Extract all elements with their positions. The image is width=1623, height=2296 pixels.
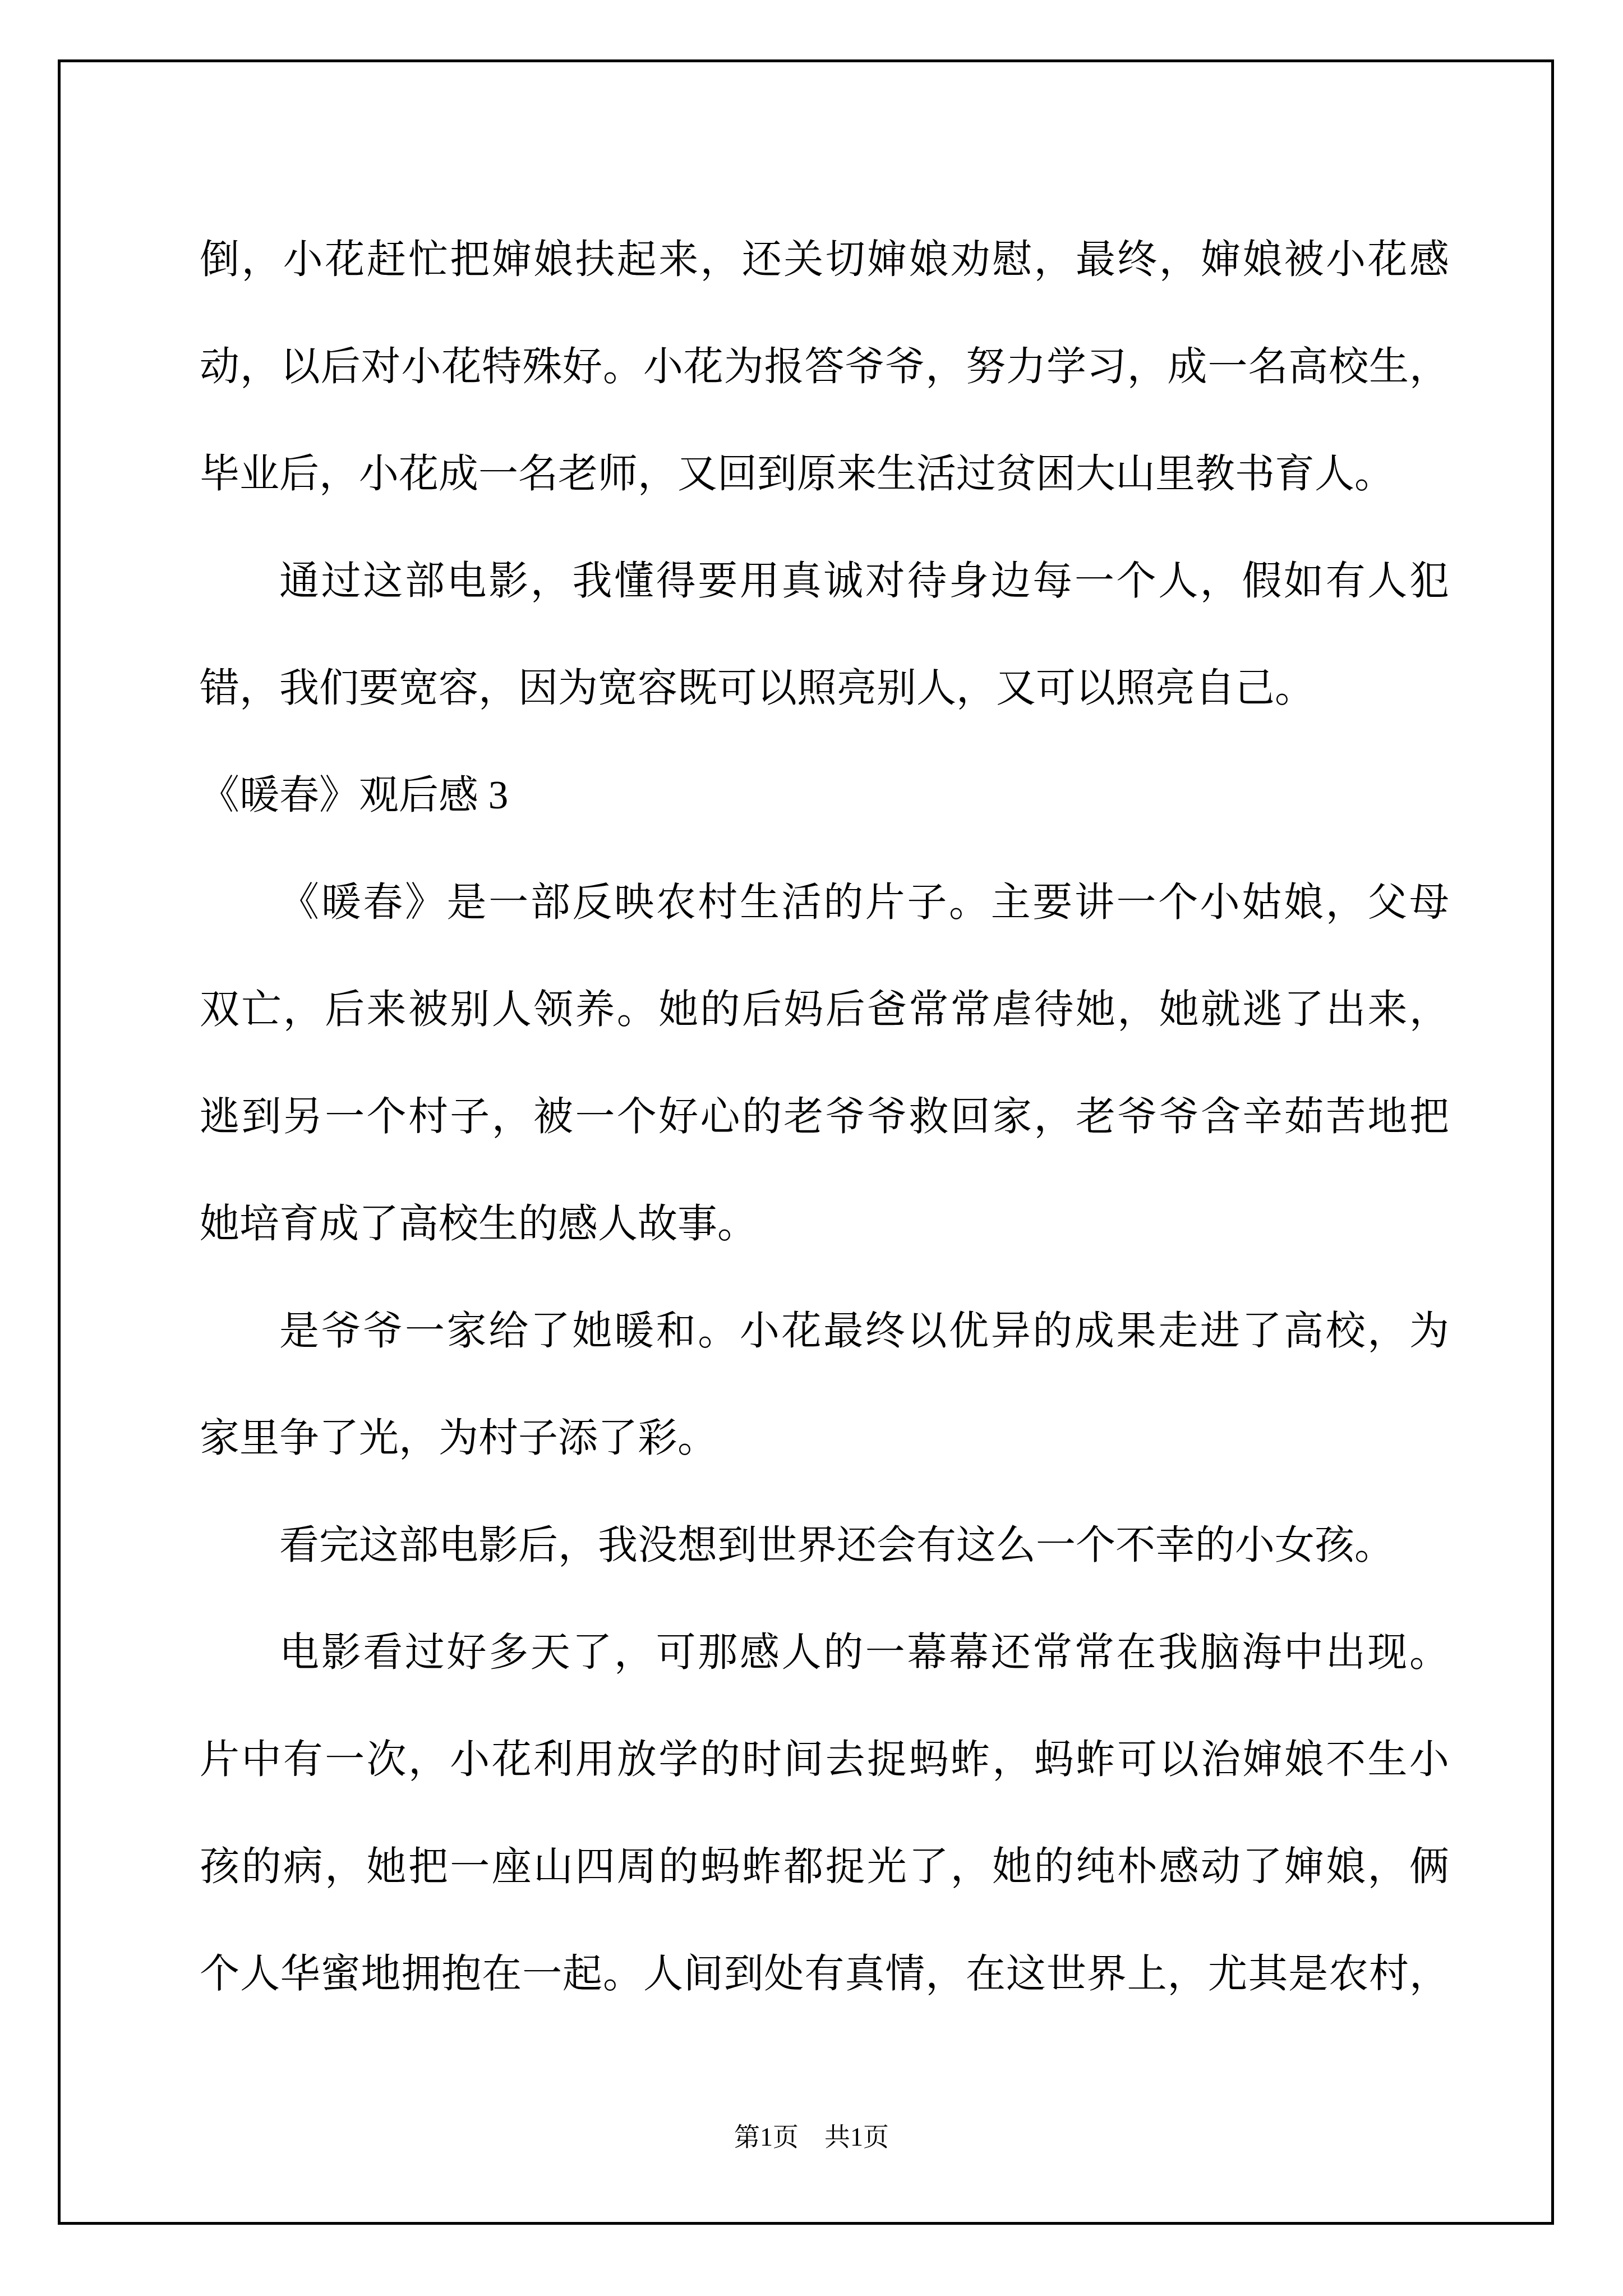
text-line: 是爷爷一家给了她暖和。小花最终以优异的成果走进了高校，为 [200, 1278, 1449, 1385]
document-page: 倒，小花赶忙把婶娘扶起来，还关切婶娘劝慰，最终，婶娘被小花感 动，以后对小花特殊… [0, 0, 1623, 2296]
text-line: 双亡，后来被别人领养。她的后妈后爸常常虐待她，她就逃了出来， [200, 956, 1449, 1064]
page-footer: 第1页 共1页 [0, 2120, 1623, 2154]
text-line: 看完这部电影后，我没想到世界还会有这么一个不幸的小女孩。 [200, 1492, 1449, 1599]
section-heading: 《暖春》观后感 3 [200, 742, 1449, 849]
text-line: 电影看过好多天了，可那感人的一幕幕还常常在我脑海中出现。 [200, 1599, 1449, 1706]
text-line: 错，我们要宽容，因为宽容既可以照亮别人，又可以照亮自己。 [200, 635, 1449, 742]
text-line: 个人华蜜地拥抱在一起。人间到处有真情，在这世界上，尤其是农村， [200, 1921, 1449, 2028]
text-line: 倒，小花赶忙把婶娘扶起来，还关切婶娘劝慰，最终，婶娘被小花感 [200, 206, 1449, 314]
page-total-label: 共1页 [824, 2120, 889, 2154]
text-line: 《暖春》是一部反映农村生活的片子。主要讲一个小姑娘，父母 [200, 849, 1449, 956]
text-line: 片中有一次，小花利用放学的时间去捉蚂蚱，蚂蚱可以治婶娘不生小 [200, 1706, 1449, 1814]
text-line: 逃到另一个村子，被一个好心的老爷爷救回家，老爷爷含辛茹苦地把 [200, 1064, 1449, 1171]
text-line: 家里争了光，为村子添了彩。 [200, 1385, 1449, 1492]
text-line: 毕业后，小花成一名老师，又回到原来生活过贫困大山里教书育人。 [200, 421, 1449, 528]
text-line: 通过这部电影，我懂得要用真诚对待身边每一个人，假如有人犯 [200, 528, 1449, 635]
text-line: 她培育成了高校生的感人故事。 [200, 1171, 1449, 1278]
document-body: 倒，小花赶忙把婶娘扶起来，还关切婶娘劝慰，最终，婶娘被小花感 动，以后对小花特殊… [200, 206, 1449, 2028]
text-line: 动，以后对小花特殊好。小花为报答爷爷，努力学习，成一名高校生， [200, 314, 1449, 421]
text-line: 孩的病，她把一座山四周的蚂蚱都捉光了，她的纯朴感动了婶娘，俩 [200, 1814, 1449, 1921]
page-number-label: 第1页 [734, 2120, 799, 2154]
